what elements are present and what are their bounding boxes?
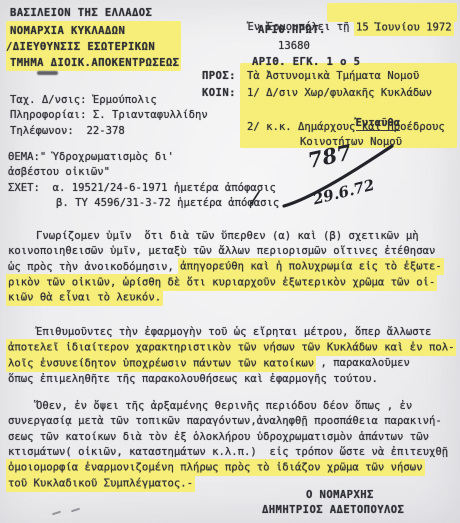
body-line: λοῖς ἐνσυνείδητον ὑποχρέωσιν πάντων τῶν … xyxy=(8,356,460,371)
highlighted-text: ἀπηγορεύθη καὶ ἡ πολυχρωμία εἰς τὸ ἐξωτε… xyxy=(178,258,444,275)
protocol-label: ΑΡΙΘ.ΠΡΩΤ. xyxy=(258,23,326,37)
highlighted-text: λοῖς ἐνσυνείδητον ὑποχρέωσιν πάντων τῶν … xyxy=(6,355,316,372)
subject-line2: ἀσβέστου οἰκιῶν" xyxy=(8,165,110,179)
letterhead-prefecture: ΝΟΜΑΡΧΙΑ ΚΥΚΛΑΔΩΝ xyxy=(10,24,125,38)
body-line: ὁμοιομορφία ἐναρμονιζομένη πλήρως πρὸς τ… xyxy=(8,461,460,476)
body-line: κιῶν θὰ εἶναι τὸ λευκόν. xyxy=(8,291,460,306)
reference-b-line: β. ΤΥ 4596/31-3-72 ἡμετέρα ἀπόφασις xyxy=(56,196,279,210)
subject-line1: ΘΕΜΑ:" Ὑδροχρωματισμὸς δι' xyxy=(8,150,174,164)
handwritten-number: 787 xyxy=(306,139,354,173)
body-text-segment: Ὅθεν, ἐν ὄψει τῆς ἀρξαμένης θερινῆς περι… xyxy=(36,400,412,412)
body-line: συνεργασίᾳ μετὰ τῶν τοπικῶν παραγόντων,ἀ… xyxy=(8,414,460,429)
body-text-segment: σεως τῶν κατοίκων διὰ τὸν ἐξ ὁλοκλήρου ὑ… xyxy=(8,431,429,443)
koin-line1: 1/ Δ/σιν Χωρ/φυλακῆς Κυκλάδων xyxy=(247,86,432,100)
pencil-dash xyxy=(71,508,80,513)
body-text-segment: κοινοποιηθεισῶν ὑμῖν, μεταξὺ τῶν ἄλλων π… xyxy=(8,245,435,257)
koin-label: ΚΟΙΝ: xyxy=(202,86,236,100)
body-line: ὡς πρὸς τὴν ἀνοικοδόμησιν, ἀπηγορεύθη κα… xyxy=(8,260,460,275)
handwritten-note: 787 29.6.72 xyxy=(278,138,400,212)
highlighted-text: ὁμοιομορφία ἐναρμονιζομένη πλήρως πρὸς τ… xyxy=(6,459,425,476)
handwritten-check-mark: / xyxy=(249,190,261,205)
pros-label: ΠΡΟΣ: xyxy=(202,69,236,83)
signature-name: ΔΗΜΗΤΡΙΟΣ ΑΔΕΤΟΠΟΥΛΟΣ xyxy=(262,503,404,517)
body-text-segment: Ἐπιθυμοῦντες τὴν ἐφαρμογὴν τοῦ ὡς εἴρητα… xyxy=(36,326,431,338)
letterhead-department: ΤΜΗΜΑ ΔΙΟΙΚ.ΑΠΟΚΕΝΤΡΩΣΕΩΣ xyxy=(10,56,179,70)
pros-line: Τὰ Ἀστυνομικὰ Τμήματα Νομοῦ xyxy=(247,69,419,83)
body-text-segment: συνεργασίᾳ μετὰ τῶν τοπικῶν παραγόντων,ἀ… xyxy=(8,415,442,427)
letterhead-telephone: Τηλέφωνον: 22-378 xyxy=(10,124,125,138)
body-text-segment: , παρακαλοῦμεν xyxy=(314,357,410,369)
body-text-segment: Γνωρίζομεν ὑμῖν ὅτι διὰ τῶν ὕπερθεν (α) … xyxy=(36,230,419,242)
place-date-line: Ἐν Ἑρμουπόλει τῇ 15 Ἰουνίου 1972 xyxy=(222,6,452,48)
highlighted-text: κιῶν θὰ εἶναι τὸ λευκόν. xyxy=(6,289,163,306)
letterhead-information: Πληροφορίαι: Σ. Τριανταφυλλίδην xyxy=(10,108,208,122)
letterhead-postal-address: Ταχ. Δ/νσις: Ἑρμούπολις xyxy=(10,93,157,107)
highlighted-text: τοῦ Κυκλαδικοῦ Συμπλέγματος.- xyxy=(6,475,195,492)
letterhead-directorate: /ΔΙΕΥΘΥΝΣΙΣ ΕΣΩΤΕΡΙΚΩΝ xyxy=(6,40,155,54)
body-line: τοῦ Κυκλαδικοῦ Συμπλέγματος.- xyxy=(8,476,460,491)
scanned-document: ΒΑΣΙΛΕΙΟΝ ΤΗΣ ΕΛΛΑΔΟΣ ΝΟΜΑΡΧΙΑ ΚΥΚΛΑΔΩΝ … xyxy=(0,0,460,523)
body-line: Ὅθεν, ἐν ὄψει τῆς ἀρξαμένης θερινῆς περι… xyxy=(8,399,460,414)
protocol-number: 13680 xyxy=(278,39,310,53)
body-line: Γνωρίζομεν ὑμῖν ὅτι διὰ τῶν ὕπερθεν (α) … xyxy=(8,229,460,244)
koin-line2: 2/ κ.κ. Δημάρχους καὶ Προέδρους xyxy=(247,120,445,134)
reference-a-line: ΣΧΕΤ: α. 19521/24-6-1971 ἡμετέρα ἀπόφασι… xyxy=(8,181,276,195)
body-line: ἀποτελεῖ ἰδιαίτερον χαρακτηριστικὸν τῶν … xyxy=(8,341,460,356)
body-text-segment: κτισμάτων( οἰκιῶν, καταστημάτων κ.λ.π.) … xyxy=(8,446,448,458)
body-text-segment: ὅπως ἐπιμεληθῆτε τῆς παρακολουθήσεως καὶ… xyxy=(8,373,378,385)
handwritten-date: 29.6.72 xyxy=(310,176,376,209)
body-text-segment: ὡς πρὸς τὴν ἀνοικοδόμησιν, xyxy=(8,261,180,273)
ink-smudge xyxy=(37,71,58,75)
body-line: ὅπως ἐπιμεληθῆτε τῆς παρακολουθήσεως καὶ… xyxy=(8,372,460,387)
body-text: Γνωρίζομεν ὑμῖν ὅτι διὰ τῶν ὕπερθεν (α) … xyxy=(8,229,460,492)
signature-title: Ο ΝΟΜΑΡΧΗΣ xyxy=(306,488,374,502)
pencil-dash xyxy=(52,511,61,516)
body-line: σεως τῶν κατοίκων διὰ τὸν ἐξ ὁλοκλήρου ὑ… xyxy=(8,430,460,445)
letterhead-kingdom: ΒΑΣΙΛΕΙΟΝ ΤΗΣ ΕΛΛΑΔΟΣ xyxy=(10,6,152,20)
date-highlighted: 15 Ἰουνίου 1972 xyxy=(354,19,454,36)
circular-number: ΑΡΙΘ. ΕΓΚ. 1 ο 5 xyxy=(252,55,360,69)
highlighted-text: ἀποτελεῖ ἰδιαίτερον χαρακτηριστικὸν τῶν … xyxy=(6,339,456,356)
